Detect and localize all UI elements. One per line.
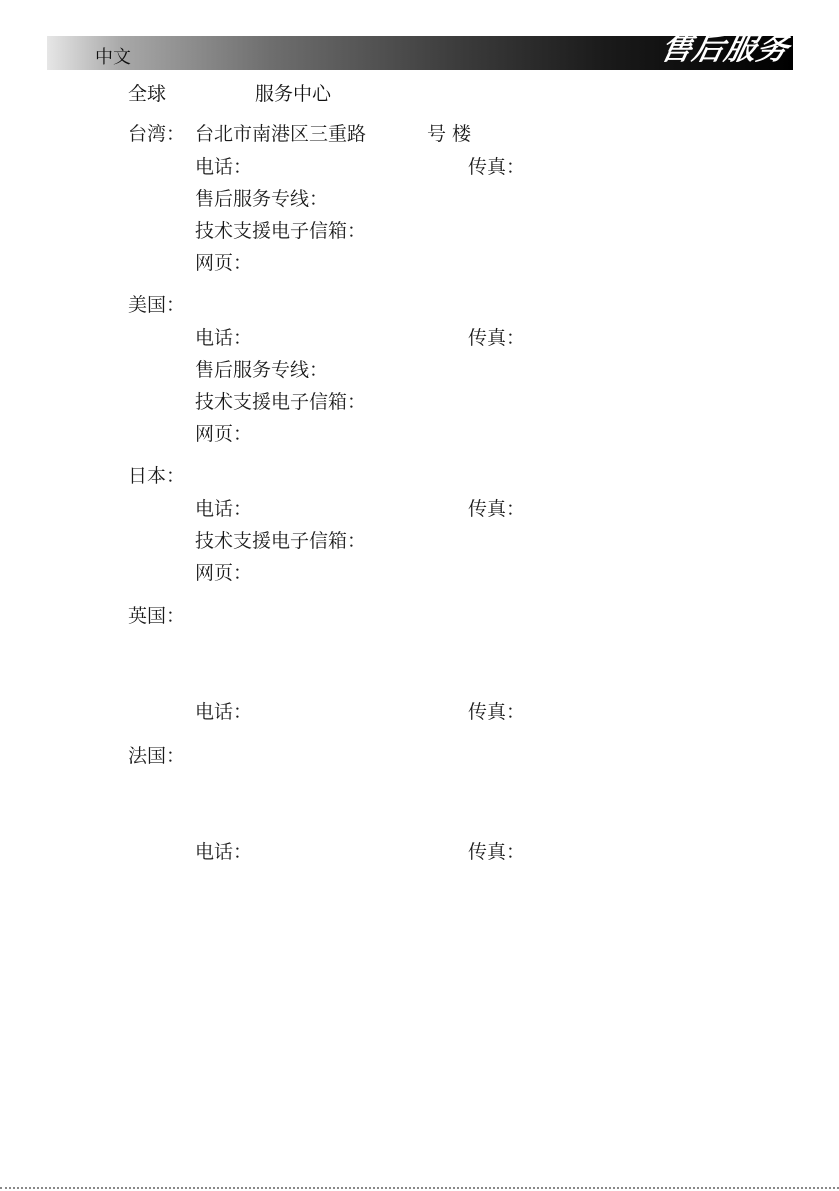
region-label: 台湾： [128, 122, 185, 146]
language-label: 中文 [95, 47, 131, 69]
phone-label: 电话： [195, 155, 252, 179]
header-bar: 中文 售后服务 [47, 36, 793, 70]
hotline-label: 售后服务专线： [195, 358, 328, 382]
email-label: 技术支援电子信箱： [195, 219, 366, 243]
region-label: 美国： [128, 293, 185, 317]
section-heading: 全球 服务中心 [128, 82, 166, 106]
region-label: 法国： [128, 744, 185, 768]
email-label: 技术支援电子信箱： [195, 529, 366, 553]
web-label: 网页： [195, 561, 252, 585]
region-label: 英国： [128, 604, 185, 628]
section-heading-part1: 全球 [128, 83, 166, 105]
hotline-label: 售后服务专线： [195, 187, 328, 211]
section-heading-part2: 服务中心 [255, 82, 331, 106]
bottom-divider [0, 1187, 839, 1189]
phone-label: 电话： [195, 326, 252, 350]
address-text: 台北市南港区三重路 [195, 122, 366, 146]
fax-label: 传真： [468, 700, 525, 724]
web-label: 网页： [195, 251, 252, 275]
address-number-floor: 号 楼 [427, 122, 471, 146]
page-title: 售后服务 [657, 30, 793, 68]
fax-label: 传真： [468, 840, 525, 864]
phone-label: 电话： [195, 497, 252, 521]
fax-label: 传真： [468, 326, 525, 350]
phone-label: 电话： [195, 700, 252, 724]
region-label: 日本： [128, 464, 185, 488]
fax-label: 传真： [468, 497, 525, 521]
web-label: 网页： [195, 422, 252, 446]
phone-label: 电话： [195, 840, 252, 864]
fax-label: 传真： [468, 155, 525, 179]
email-label: 技术支援电子信箱： [195, 390, 366, 414]
